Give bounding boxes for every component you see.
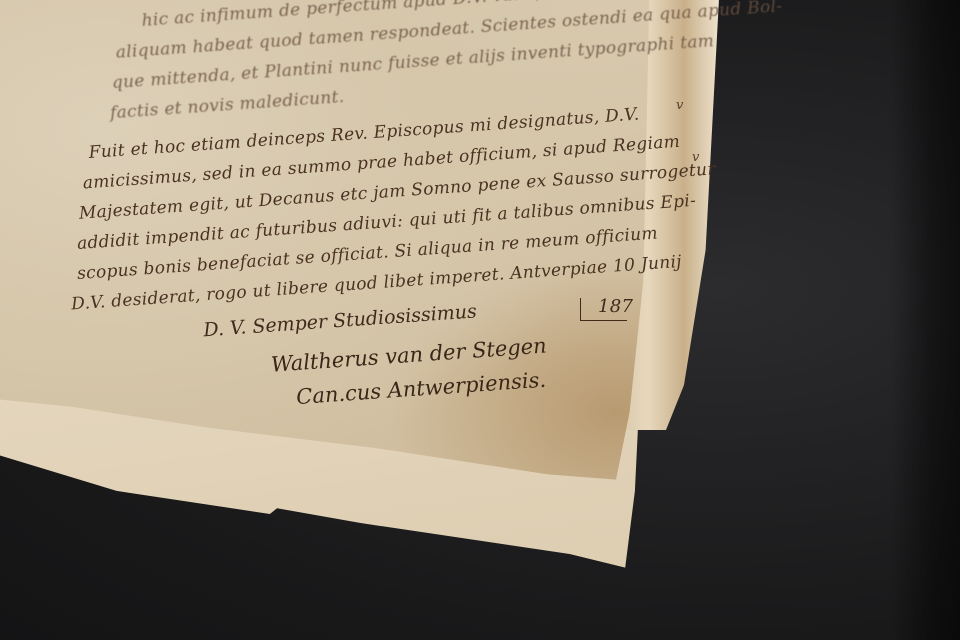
margin-mark: v bbox=[692, 150, 699, 165]
closing-phrase: D. V. Semper Studiosissimus bbox=[203, 300, 478, 341]
date-bracket bbox=[580, 298, 627, 321]
handwritten-text: hic ac infimum de perfectum apud D.V. va… bbox=[40, 0, 708, 419]
text-line: factis et novis maledicunt. bbox=[109, 87, 345, 123]
margin-mark: v bbox=[676, 98, 683, 113]
